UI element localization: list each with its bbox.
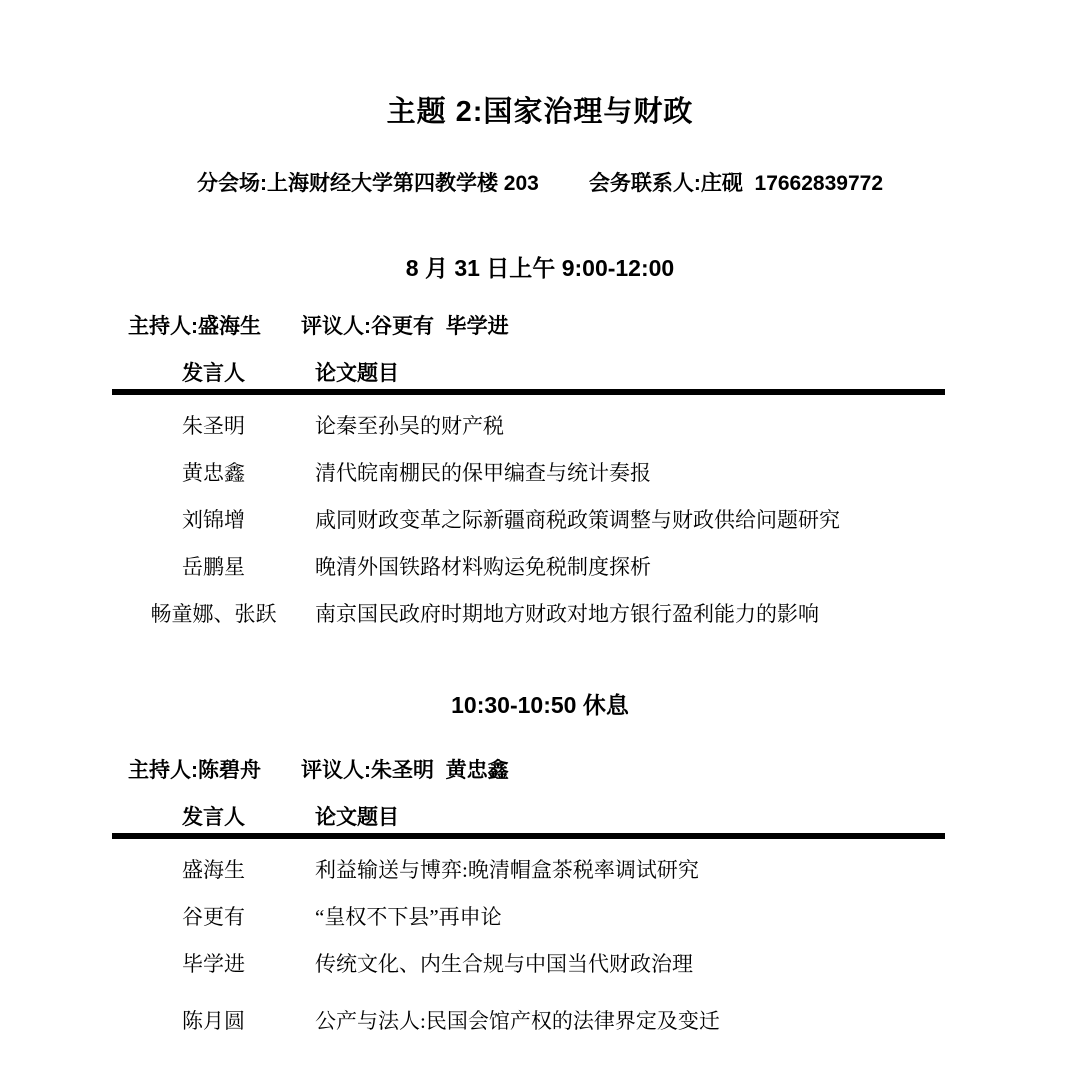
- speaker-name: 盛海生: [112, 854, 315, 884]
- session2-reviewers: 评议人:朱圣明 黄忠鑫: [301, 757, 509, 785]
- page-title: 主题 2:国家治理与财政: [0, 96, 1080, 128]
- paper-title: 咸同财政变革之际新疆商税政策调整与财政供给问题研究: [315, 504, 945, 534]
- paper-title: 晚清外国铁路材料购运免税制度探析: [315, 551, 945, 581]
- session1-time: 8 月 31 日上午 9:00-12:00: [0, 254, 1080, 282]
- contact-label: 会务联系人:庄砚 17662839772: [589, 170, 883, 198]
- session1-table-body: 朱圣明 论秦至孙吴的财产税 黄忠鑫 清代皖南棚民的保甲编查与统计奏报 刘锦增 咸…: [112, 395, 945, 636]
- table-row: 朱圣明 论秦至孙吴的财产税: [112, 401, 945, 448]
- meta-line: 分会场:上海财经大学第四教学楼 203 会务联系人:庄砚 17662839772: [0, 170, 1080, 198]
- speaker-name: 朱圣明: [112, 410, 315, 440]
- session1-host: 主持人:盛海生: [128, 313, 261, 341]
- table-row: 陈月圆 公产与法人:民国会馆产权的法律界定及变迁: [112, 996, 945, 1043]
- paper-title: “皇权不下县”再申论: [315, 901, 945, 931]
- session1-reviewers: 评议人:谷更有 毕学进: [301, 313, 509, 341]
- column-header-speaker: 发言人: [112, 360, 315, 388]
- session2-table-body: 盛海生 利益输送与博弈:晚清帽盒茶税率调试研究 谷更有 “皇权不下县”再申论 毕…: [112, 839, 945, 1043]
- table-row: 毕学进 传统文化、内生合规与中国当代财政治理: [112, 939, 945, 986]
- session1-host-line: 主持人:盛海生 评议人:谷更有 毕学进: [128, 313, 1080, 341]
- table-row: 盛海生 利益输送与博弈:晚清帽盒茶税率调试研究: [112, 845, 945, 892]
- paper-title: 利益输送与博弈:晚清帽盒茶税率调试研究: [315, 854, 945, 884]
- paper-title: 论秦至孙吴的财产税: [315, 410, 945, 440]
- session2-table-header: 发言人 论文题目: [112, 804, 945, 832]
- paper-title: 清代皖南棚民的保甲编查与统计奏报: [315, 457, 945, 487]
- session2-host: 主持人:陈碧舟: [128, 757, 261, 785]
- table-row: 黄忠鑫 清代皖南棚民的保甲编查与统计奏报: [112, 448, 945, 495]
- paper-title: 公产与法人:民国会馆产权的法律界定及变迁: [315, 1005, 945, 1035]
- break-label: 10:30-10:50 休息: [0, 690, 1080, 720]
- column-header-paper-title: 论文题目: [315, 360, 945, 388]
- table-row: 谷更有 “皇权不下县”再申论: [112, 892, 945, 939]
- conference-schedule-page: 主题 2:国家治理与财政 分会场:上海财经大学第四教学楼 203 会务联系人:庄…: [0, 0, 1080, 1080]
- column-header-paper-title: 论文题目: [315, 804, 945, 832]
- table-row: 畅童娜、张跃 南京国民政府时期地方财政对地方银行盈利能力的影响: [112, 589, 945, 636]
- session1-table: 发言人 论文题目 朱圣明 论秦至孙吴的财产税 黄忠鑫 清代皖南棚民的保甲编查与统…: [112, 360, 945, 636]
- column-header-speaker: 发言人: [112, 804, 315, 832]
- paper-title: 传统文化、内生合规与中国当代财政治理: [315, 948, 945, 978]
- speaker-name: 陈月圆: [112, 1005, 315, 1035]
- speaker-name: 畅童娜、张跃: [112, 598, 315, 628]
- session2-host-line: 主持人:陈碧舟 评议人:朱圣明 黄忠鑫: [128, 757, 1080, 785]
- speaker-name: 黄忠鑫: [112, 457, 315, 487]
- speaker-name: 毕学进: [112, 948, 315, 978]
- paper-title: 南京国民政府时期地方财政对地方银行盈利能力的影响: [315, 598, 945, 628]
- speaker-name: 谷更有: [112, 901, 315, 931]
- speaker-name: 岳鹏星: [112, 551, 315, 581]
- session1-table-header: 发言人 论文题目: [112, 360, 945, 388]
- venue-label: 分会场:上海财经大学第四教学楼 203: [197, 170, 539, 198]
- table-row: 刘锦增 咸同财政变革之际新疆商税政策调整与财政供给问题研究: [112, 495, 945, 542]
- session2-table: 发言人 论文题目 盛海生 利益输送与博弈:晚清帽盒茶税率调试研究 谷更有 “皇权…: [112, 804, 945, 1043]
- speaker-name: 刘锦增: [112, 504, 315, 534]
- table-row: 岳鹏星 晚清外国铁路材料购运免税制度探析: [112, 542, 945, 589]
